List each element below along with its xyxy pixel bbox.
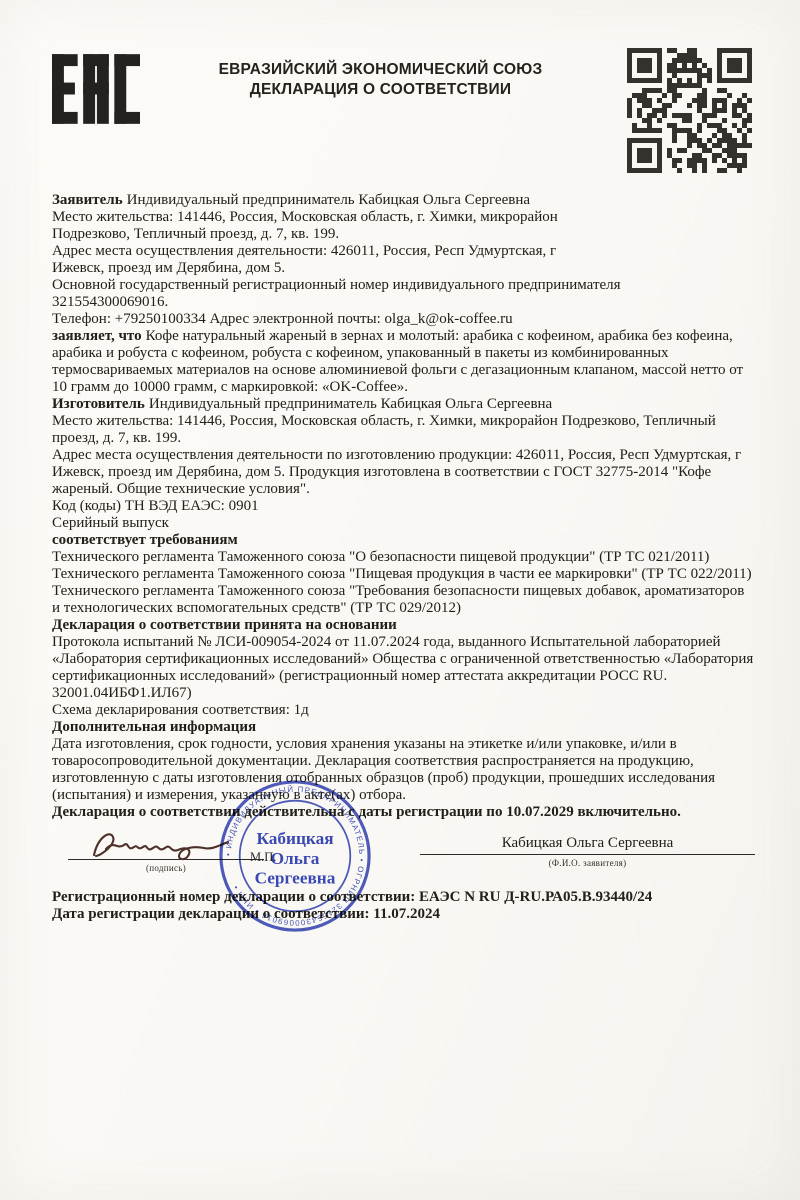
applicant-line: ЗаявительИндивидуальный предприниматель … bbox=[52, 192, 755, 209]
manufacturer-line: ИзготовительИндивидуальный предпринимате… bbox=[52, 396, 755, 413]
qr-code bbox=[627, 48, 755, 176]
basis-heading: Декларация о соответствии принята на осн… bbox=[52, 617, 755, 634]
tnved-codes: Код (коды) ТН ВЭД ЕАЭС: 0901 bbox=[52, 498, 755, 515]
document-title: ЕВРАЗИЙСКИЙ ЭКОНОМИЧЕСКИЙ СОЮЗ ДЕКЛАРАЦИ… bbox=[144, 60, 617, 100]
regulation-item: Технического регламента Таможенного союз… bbox=[52, 583, 755, 617]
applicant-fio: Кабицкая Ольга Сергеевна bbox=[420, 835, 755, 852]
title-line-1: ЕВРАЗИЙСКИЙ ЭКОНОМИЧЕСКИЙ СОЮЗ bbox=[144, 60, 617, 80]
declares-paragraph: заявляет, чтоКофе натуральный жареный в … bbox=[52, 328, 755, 396]
regulation-item: Технического регламента Таможенного союз… bbox=[52, 549, 755, 566]
regulation-item: Технического регламента Таможенного союз… bbox=[52, 566, 755, 583]
declares-text: Кофе натуральный жареный в зернах и моло… bbox=[52, 328, 743, 395]
title-line-2: ДЕКЛАРАЦИЯ О СООТВЕТСТВИИ bbox=[144, 80, 617, 100]
signature-block: (подпись) bbox=[68, 825, 264, 877]
additional-heading: Дополнительная информация bbox=[52, 719, 755, 736]
manufacturer-production-address: Адрес места осуществления деятельности п… bbox=[52, 447, 755, 498]
document-header: ЕВРАЗИЙСКИЙ ЭКОНОМИЧЕСКИЙ СОЮЗ ДЕКЛАРАЦИ… bbox=[52, 48, 755, 176]
stamp-name-line2: Ольга bbox=[271, 849, 320, 868]
applicant-activity-address: Адрес места осуществления деятельности: … bbox=[52, 243, 612, 277]
basis-protocol: Протокола испытаний № ЛСИ-009054-2024 от… bbox=[52, 634, 755, 702]
applicant-name: Индивидуальный предприниматель Кабицкая … bbox=[127, 192, 530, 208]
release-type: Серийный выпуск bbox=[52, 515, 755, 532]
additional-text: Дата изготовления, срок годности, услови… bbox=[52, 736, 755, 804]
validity-line: Декларация о соответствии действительна … bbox=[52, 804, 755, 821]
eac-logo-icon bbox=[52, 54, 144, 124]
fio-block: Кабицкая Ольга Сергеевна (Ф.И.О. заявите… bbox=[420, 835, 755, 872]
declares-label: заявляет, что bbox=[52, 328, 142, 344]
declaration-document: ЕВРАЗИЙСКИЙ ЭКОНОМИЧЕСКИЙ СОЮЗ ДЕКЛАРАЦИ… bbox=[0, 0, 800, 1200]
applicant-residence: Место жительства: 141446, Россия, Москов… bbox=[52, 209, 587, 243]
applicant-contacts: Телефон: +79250100334 Адрес электронной … bbox=[52, 311, 755, 328]
signature-row: (подпись) М.П. Кабицкая Ольга Сергеевна … bbox=[52, 833, 755, 889]
mp-label: М.П. bbox=[250, 849, 276, 866]
manufacturer-residence: Место жительства: 141446, Россия, Москов… bbox=[52, 413, 755, 447]
applicant-ogrn: Основной государственный регистрационный… bbox=[52, 277, 652, 311]
applicant-label: Заявитель bbox=[52, 192, 123, 208]
manufacturer-name: Индивидуальный предприниматель Кабицкая … bbox=[149, 396, 552, 412]
document-body: ЗаявительИндивидуальный предприниматель … bbox=[52, 192, 755, 923]
manufacturer-label: Изготовитель bbox=[52, 396, 145, 412]
handwritten-signature bbox=[86, 825, 246, 861]
stamp-name-line1: Кабицкая bbox=[256, 829, 333, 848]
basis-scheme: Схема декларирования соответствия: 1д bbox=[52, 702, 755, 719]
registration-date-line: Дата регистрации декларации о соответств… bbox=[52, 906, 755, 923]
fio-caption: (Ф.И.О. заявителя) bbox=[420, 855, 755, 872]
stamp-name-line3: Сергеевна bbox=[255, 869, 336, 888]
registration-number-line: Регистрационный номер декларации о соотв… bbox=[52, 889, 755, 906]
compliance-heading: соответствует требованиям bbox=[52, 532, 755, 549]
signature-caption: (подпись) bbox=[68, 860, 264, 877]
